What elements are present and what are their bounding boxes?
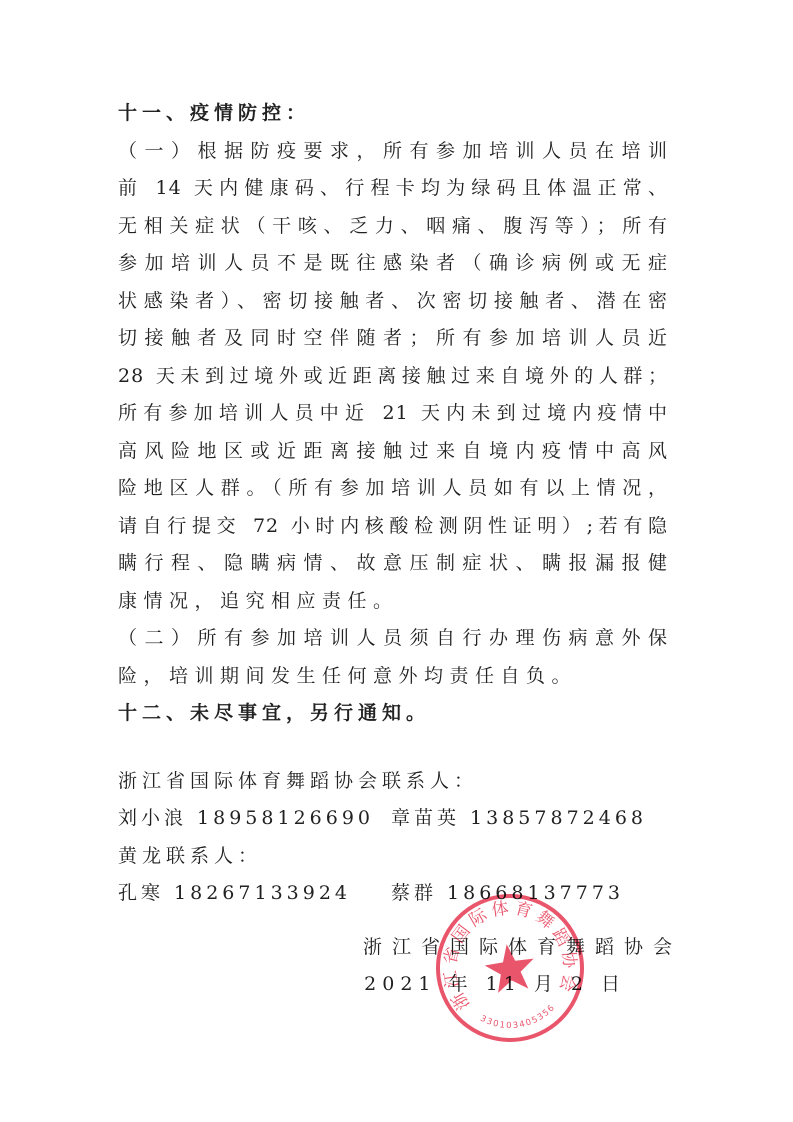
contact-person: 孔寒 18267133924 xyxy=(118,875,391,913)
contacts-association-label: 浙江省国际体育舞蹈协会联系人： xyxy=(118,763,668,801)
section-12-heading: 十二、未尽事宜，另行通知。 xyxy=(118,695,668,733)
section-11-heading: 十一、疫情防控： xyxy=(118,95,668,133)
text-line: 康情况，追究相应责任。 xyxy=(118,583,668,621)
text-line: 险地区人群。（所有参加培训人员如有以上情况， xyxy=(118,470,668,508)
paragraph-epidemic-1: （一）根据防疫要求，所有参加培训人员在培训前 14 天内健康码、行程卡均为绿码且… xyxy=(118,133,668,621)
text-line: 瞒行程、隐瞒病情、故意压制症状、瞒报漏报健 xyxy=(118,545,668,583)
text-line: 请自行提交 72 小时内核酸检测阴性证明）;若有隐 xyxy=(118,508,668,546)
text-line: 无相关症状（干咳、乏力、咽痛、腹泻等）；所有 xyxy=(118,208,668,246)
paragraph-epidemic-2: （二）所有参加培训人员须自行办理伤病意外保险，培训期间发生任何意外均责任自负。 xyxy=(118,620,668,695)
contact-person: 刘小浪 18958126690 xyxy=(118,800,391,838)
signature-date: 2021 年 11 月 2 日 xyxy=(118,966,668,1004)
contact-person: 蔡群 18668137773 xyxy=(391,875,624,913)
text-line: 前 14 天内健康码、行程卡均为绿码且体温正常、 xyxy=(118,170,668,208)
text-line: 28 天未到过境外或近距离接触过来自境外的人群； xyxy=(118,358,668,396)
contact-person: 章苗英 13857872468 xyxy=(391,800,647,838)
text-line: 所有参加培训人员中近 21 天内未到过境内疫情中 xyxy=(118,395,668,433)
text-line: 状感染者）、密切接触者、次密切接触者、潜在密 xyxy=(118,283,668,321)
text-line: 参加培训人员不是既往感染者（确诊病例或无症 xyxy=(118,245,668,283)
text-line: 高风险地区或近距离接触过来自境内疫情中高风 xyxy=(118,433,668,471)
document-page: 十一、疫情防控： （一）根据防疫要求，所有参加培训人员在培训前 14 天内健康码… xyxy=(0,0,793,1122)
signature-org: 浙江省国际体育舞蹈协会 xyxy=(118,929,682,967)
text-line: 险，培训期间发生任何意外均责任自负。 xyxy=(118,658,668,696)
contacts-block: 浙江省国际体育舞蹈协会联系人： 刘小浪 18958126690 章苗英 1385… xyxy=(118,763,668,913)
contact-row: 刘小浪 18958126690 章苗英 13857872468 xyxy=(118,800,668,838)
contact-row: 孔寒 18267133924 蔡群 18668137773 xyxy=(118,875,668,913)
signature-block: 浙江省国际体育舞蹈协会 2021 年 11 月 2 日 xyxy=(118,929,668,1004)
text-line: 切接触者及同时空伴随者；所有参加培训人员近 xyxy=(118,320,668,358)
contacts-huanglong-label: 黄龙联系人： xyxy=(118,838,668,876)
document-body: 十一、疫情防控： （一）根据防疫要求，所有参加培训人员在培训前 14 天内健康码… xyxy=(118,95,668,1004)
text-line: （二）所有参加培训人员须自行办理伤病意外保 xyxy=(118,620,668,658)
text-line: （一）根据防疫要求，所有参加培训人员在培训 xyxy=(118,133,668,171)
